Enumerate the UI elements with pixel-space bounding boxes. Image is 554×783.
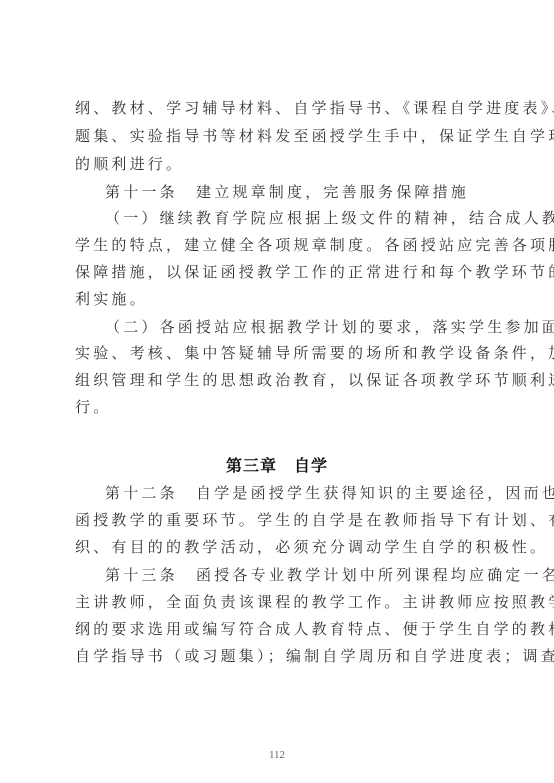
text-line: 织、有目的的教学活动，必须充分调动学生自学的积极性。 (75, 537, 485, 557)
text-line: 第十二条 自学是函授学生获得知识的主要途径，因而也是 (105, 483, 485, 503)
text-line: 保障措施，以保证函授教学工作的正常进行和每个教学环节的顺 (75, 262, 485, 282)
text-line: 的顺利进行。 (75, 154, 485, 174)
chapter-heading: 第三章 自学 (0, 453, 554, 476)
text-line: 利实施。 (75, 289, 485, 309)
text-line: 主讲教师，全面负责该课程的教学工作。主讲教师应按照教学大 (75, 592, 485, 612)
text-line: 第十一条 建立规章制度，完善服务保障措施 (105, 182, 485, 202)
text-line: 题集、实验指导书等材料发至函授学生手中，保证学生自学环节 (75, 126, 485, 146)
document-page: 纲、教材、学习辅导材料、自学指导书、《课程自学进度表》、习题集、实验指导书等材料… (0, 0, 554, 783)
text-line: 函授教学的重要环节。学生的自学是在教师指导下有计划、有组 (75, 510, 485, 530)
text-line: 学生的特点，建立健全各项规章制度。各函授站应完善各项服务 (75, 235, 485, 255)
text-line: 实验、考核、集中答疑辅导所需要的场所和教学设备条件，加强 (75, 343, 485, 363)
text-line: 行。 (75, 397, 485, 417)
text-line: 纲的要求选用或编写符合成人教育特点、便于学生自学的教材和 (75, 619, 485, 639)
text-line: 组织管理和学生的思想政治教育，以保证各项教学环节顺利进 (75, 370, 485, 390)
text-line: 纲、教材、学习辅导材料、自学指导书、《课程自学进度表》、习 (75, 98, 485, 118)
text-line: （二）各函授站应根据教学计划的要求，落实学生参加面授、 (105, 317, 485, 337)
text-line: （一）继续教育学院应根据上级文件的精神，结合成人教育 (105, 208, 485, 228)
text-line: 自学指导书（或习题集）；编制自学周历和自学进度表；调查了 (75, 646, 485, 666)
page-number: 112 (0, 749, 554, 761)
text-line: 第十三条 函授各专业教学计划中所列课程均应确定一名 (105, 565, 485, 585)
